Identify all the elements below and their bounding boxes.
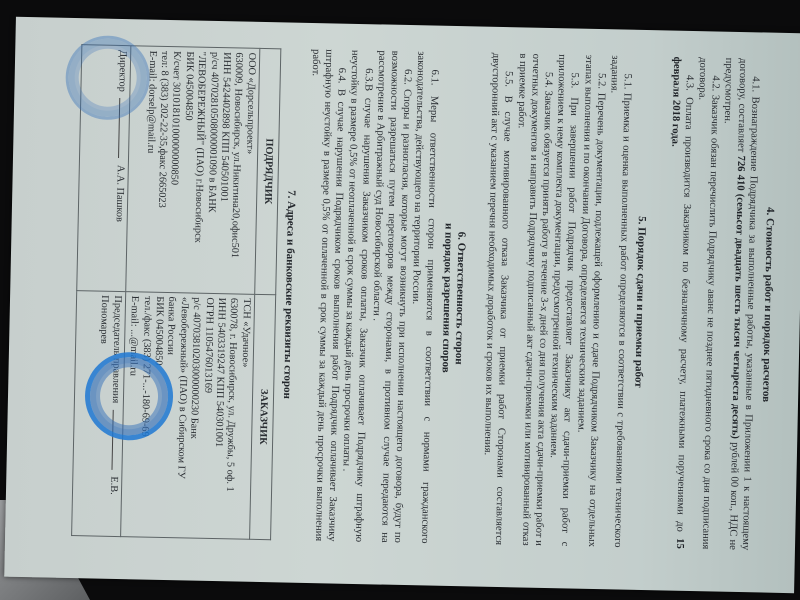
signature-line bbox=[118, 98, 120, 158]
customer-sign-role: Председатель правления bbox=[110, 295, 123, 403]
customer-signature: Председатель правления Е.В. Пономарев bbox=[71, 290, 125, 536]
contractor-sign-role: Директор bbox=[116, 50, 128, 92]
page-content: 4. Стоимость работ и порядок расчетов 4.… bbox=[23, 29, 798, 565]
section-6-title-main: 6. Ответственность сторон bbox=[453, 232, 468, 365]
section-7-title: 7. Адреса и банковские реквизиты сторон bbox=[277, 48, 301, 540]
section-6-title: 6. Ответственность сторон и порядок разр… bbox=[435, 52, 472, 544]
requisites-table: ПОДРЯДЧИК ЗАКАЗЧИК ООО «Дорсельпроект»63… bbox=[71, 44, 282, 540]
contract-page: 4. Стоимость работ и порядок расчетов 4.… bbox=[4, 17, 800, 593]
signature-line bbox=[111, 410, 113, 470]
contractor-sign-name: А.А. Пашков bbox=[114, 165, 126, 222]
customer-details: ТСН «Удачное»630078, г. Новосибирск, ул.… bbox=[120, 291, 254, 539]
contractor-details: ООО «Дорсельпроект»630009, Новосибирск, … bbox=[126, 46, 260, 294]
contractor-signature: Директор А.А. Пашков bbox=[77, 45, 131, 291]
